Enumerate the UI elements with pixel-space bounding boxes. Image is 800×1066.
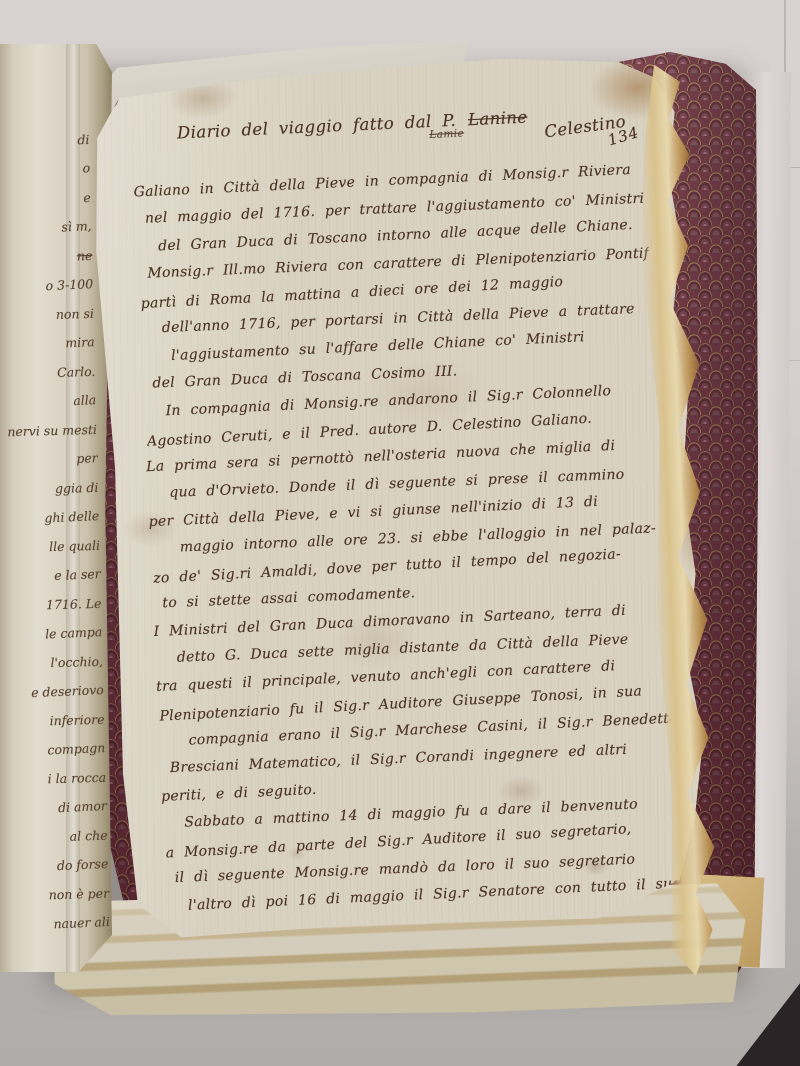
manuscript-photo: dioesì m,neo 3-100non simiraCarlo.allane… [0, 0, 800, 1066]
page-fragment: e deseriovo [14, 675, 105, 708]
page-fragment: di [0, 125, 90, 156]
page-fragment: nervi su mesti [7, 415, 97, 446]
page-fragment: alla [6, 385, 97, 418]
title-text: Diario del viaggio fatto dal P. [177, 111, 457, 143]
page-fragment: non è per [20, 879, 110, 910]
page-fragment: e [1, 183, 91, 214]
previous-page-curl: dioesì m,neo 3-100non simiraCarlo.allane… [0, 44, 112, 972]
previous-page-text-fragments: dioesì m,neo 3-100non simiraCarlo.allane… [0, 125, 111, 939]
page-fragment: lle quali [10, 531, 100, 562]
page-fragment: o [0, 153, 91, 186]
page-fragment: inferiore [15, 705, 105, 736]
page-fragment: e la ser [11, 559, 102, 592]
page-fragment: i la rocca [16, 763, 106, 794]
page-fragment: al che [18, 821, 108, 852]
page-fragment: l'occhio, [13, 647, 103, 678]
struck-word-small: Lamie [429, 127, 464, 141]
manuscript-page: 3 134 Diario del viaggio fatto dal P.Lan… [82, 51, 717, 949]
title-text-continued: Celestino [543, 112, 627, 142]
page-fragment: ggia di [9, 473, 99, 504]
page-text-area: 134 Diario del viaggio fatto dal P.Lanin… [131, 102, 679, 922]
page-fragment: Carlo. [6, 357, 96, 388]
page-fragment: per [8, 443, 99, 476]
manuscript-body: Galiano in Città della Pieve in compagni… [133, 156, 678, 921]
page-fragment: compagn [16, 733, 107, 766]
page-fragment: mira [5, 327, 96, 360]
page-fragment: sì m, [2, 211, 93, 244]
page-fragment: nauer ali [20, 907, 111, 940]
struck-word: Lanine [468, 108, 528, 130]
title-line: Diario del viaggio fatto dal P.LanineLam… [177, 102, 645, 167]
page-fragment: ghi delle [9, 501, 100, 534]
page-fragment: le campa [12, 617, 103, 650]
page-fragment: ne [3, 241, 93, 272]
page-fragment: 1716. Le [12, 589, 102, 620]
page-fragment: di amor [17, 791, 108, 824]
page-fragment: do forse [19, 849, 110, 882]
page-fragment: o 3-100 [3, 269, 94, 302]
page-fragment: non si [4, 299, 94, 330]
